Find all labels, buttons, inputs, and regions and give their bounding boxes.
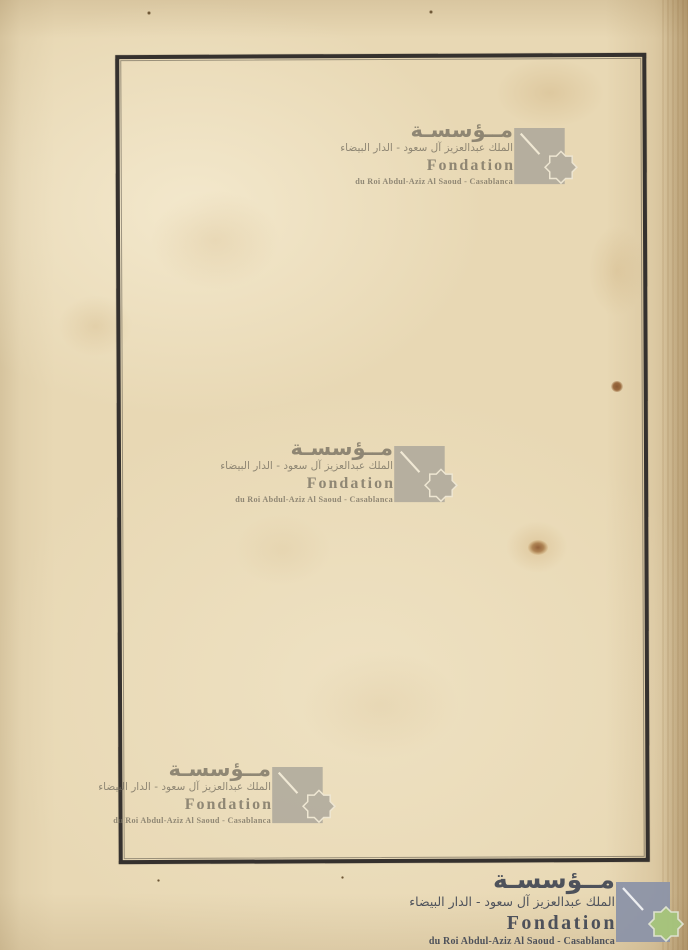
ink-speck bbox=[157, 879, 160, 882]
eight-pointed-star-icon bbox=[649, 907, 683, 941]
watermark-text-block: مــؤسسـة الملك عبدالعزيز آل سعود - الدار… bbox=[335, 120, 513, 187]
watermark-arabic-title: مــؤسسـة bbox=[390, 868, 615, 892]
ink-speck bbox=[147, 11, 151, 15]
watermark-arabic-subtitle: الملك عبدالعزيز آل سعود - الدار البيضاء bbox=[390, 893, 615, 910]
eight-pointed-star-icon bbox=[425, 469, 457, 501]
watermark-bottom-left: مــؤسسـة الملك عبدالعزيز آل سعود - الدار… bbox=[93, 759, 336, 826]
eight-pointed-star-icon bbox=[545, 151, 577, 183]
watermark-arabic-subtitle: الملك عبدالعزيز آل سعود - الدار البيضاء bbox=[335, 141, 513, 155]
watermark-text-block: مــؤسسـة الملك عبدالعزيز آل سعود - الدار… bbox=[390, 868, 615, 948]
page-edge-shading bbox=[662, 0, 688, 950]
watermark-arabic-title: مــؤسسـة bbox=[335, 120, 513, 140]
ink-speck bbox=[341, 876, 344, 879]
watermark-latin-title: Fondation bbox=[93, 796, 273, 814]
watermark-arabic-title: مــؤسسـة bbox=[93, 759, 271, 779]
watermark-arabic-title: مــؤسسـة bbox=[215, 438, 393, 458]
foundation-logo-icon bbox=[394, 446, 458, 504]
watermark-arabic-subtitle: الملك عبدالعزيز آل سعود - الدار البيضاء bbox=[93, 780, 271, 794]
watermark-top: مــؤسسـة الملك عبدالعزيز آل سعود - الدار… bbox=[335, 120, 578, 187]
watermark-latin-subtitle: du Roi Abdul-Aziz Al Saoud - Casablanca bbox=[215, 494, 393, 505]
watermark-latin-title: Fondation bbox=[335, 157, 515, 175]
ink-speck bbox=[429, 10, 433, 14]
watermark-latin-title: Fondation bbox=[215, 475, 395, 493]
scanned-page: مــؤسسـة الملك عبدالعزيز آل سعود - الدار… bbox=[0, 0, 688, 950]
watermark-latin-subtitle: du Roi Abdul-Aziz Al Saoud - Casablanca bbox=[390, 935, 615, 948]
watermark-latin-subtitle: du Roi Abdul-Aziz Al Saoud - Casablanca bbox=[335, 176, 513, 187]
foundation-logo-icon bbox=[616, 882, 684, 944]
watermark-latin-title: Fondation bbox=[390, 912, 617, 934]
watermark-text-block: مــؤسسـة الملك عبدالعزيز آل سعود - الدار… bbox=[215, 438, 393, 505]
eight-pointed-star-icon bbox=[303, 790, 335, 822]
foundation-logo-icon bbox=[514, 128, 578, 186]
watermark-text-block: مــؤسسـة الملك عبدالعزيز آل سعود - الدار… bbox=[93, 759, 271, 826]
watermark-middle: مــؤسسـة الملك عبدالعزيز آل سعود - الدار… bbox=[215, 438, 458, 505]
watermark-arabic-subtitle: الملك عبدالعزيز آل سعود - الدار البيضاء bbox=[215, 459, 393, 473]
watermark-bottom-right: مــؤسسـة الملك عبدالعزيز آل سعود - الدار… bbox=[390, 868, 684, 948]
watermark-latin-subtitle: du Roi Abdul-Aziz Al Saoud - Casablanca bbox=[93, 815, 271, 826]
foundation-logo-icon bbox=[272, 767, 336, 825]
